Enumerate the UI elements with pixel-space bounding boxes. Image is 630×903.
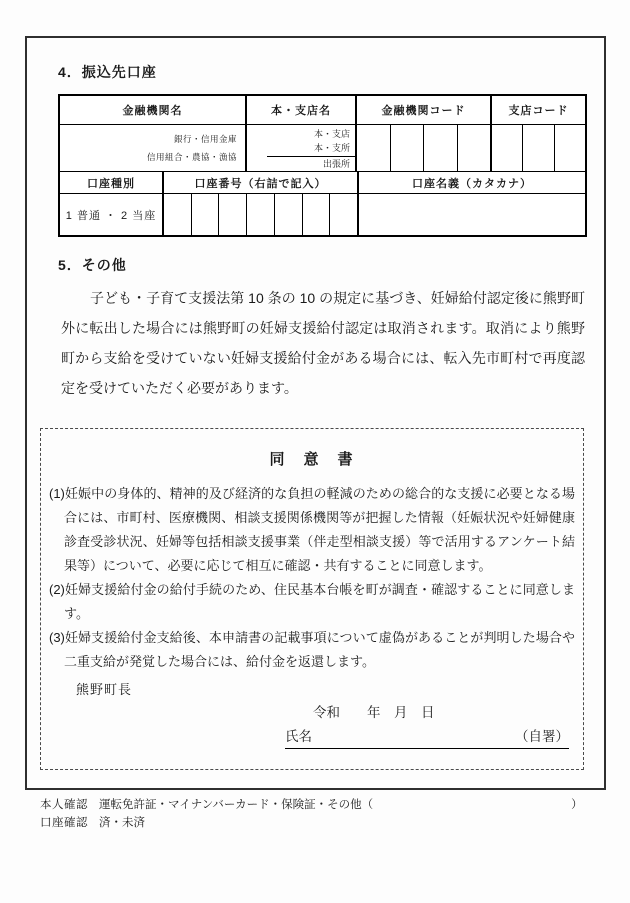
account-number-digit-cell[interactable] [302, 194, 330, 235]
signature-line[interactable]: 氏名 （自署） [285, 725, 569, 749]
consent-item-3-text: 妊婦支援給付金支給後、本申請書の記載事項について虚偽があることが判明した場合や二… [64, 630, 575, 669]
branch-type-honshisho: 本・支所 [267, 141, 355, 157]
mayor-label: 熊野町長 [76, 679, 132, 698]
col-header-branch-name: 本・支店名 [247, 96, 357, 124]
account-number-cells [164, 194, 359, 235]
col-header-account-number: 口座番号（右詰で記入） [164, 172, 359, 193]
table-header-row: 金融機関名 本・支店名 金融機関コード 支店コード [60, 96, 585, 125]
branch-code-cells [492, 125, 585, 171]
bank-type-labels: 銀行・信用金庫 信用組合・農協・漁協 [60, 125, 245, 171]
account-holder-input-cell[interactable] [359, 194, 585, 235]
consent-item-3: (3)妊婦支援給付金支給後、本申請書の記載事項について虚偽があることが判明した場… [49, 626, 575, 674]
col-header-account-holder: 口座名義（カタカナ） [359, 172, 585, 193]
section4-title: 4．振込先口座 [58, 62, 157, 82]
account-check-row: 口座確認 済・未済 [40, 815, 583, 833]
account-number-digit-cell[interactable] [164, 194, 191, 235]
bank-code-digit-cell[interactable] [357, 125, 390, 171]
consent-items: (1)妊娠中の身体的、精神的及び経済的な負担の軽減のための総合的な支援に必要とな… [49, 482, 575, 674]
col-header-account-type: 口座種別 [60, 172, 164, 193]
col-header-bank-code: 金融機関コード [357, 96, 492, 124]
account-number-digit-cell[interactable] [191, 194, 219, 235]
bank-type-label-1: 銀行・信用金庫 [174, 133, 237, 145]
col-header-bank-name: 金融機関名 [60, 96, 247, 124]
consent-item-2: (2)妊婦支援給付金の給付手続のため、住民基本台帳を町が調査・確認することに同意… [49, 578, 575, 626]
date-fill-line[interactable]: 令和 年 月 日 [313, 701, 435, 721]
consent-title: 同 意 書 [41, 448, 583, 469]
bank-code-cells [357, 125, 492, 171]
consent-item-3-marker: (3) [49, 630, 65, 645]
identity-check-label: 本人確認 [40, 797, 88, 815]
account-check-value: 済・未済 [99, 815, 145, 833]
account-number-digit-cell[interactable] [246, 194, 274, 235]
table-subheader-row: 口座種別 口座番号（右詰で記入） 口座名義（カタカナ） [60, 172, 585, 194]
table-entry-row-2: 1 普通 ・ 2 当座 [60, 194, 585, 235]
table-entry-row: 銀行・信用金庫 信用組合・農協・漁協 本・支店 本・支所 出張所 [60, 125, 585, 172]
consent-item-1: (1)妊娠中の身体的、精神的及び経済的な負担の軽減のための総合的な支援に必要とな… [49, 482, 575, 578]
consent-item-2-text: 妊婦支援給付金の給付手続のため、住民基本台帳を町が調査・確認することに同意します… [64, 582, 575, 621]
account-number-digit-cell[interactable] [274, 194, 302, 235]
branch-type-labels: 本・支店 本・支所 出張所 [267, 125, 355, 171]
bank-code-digit-cell[interactable] [423, 125, 457, 171]
consent-item-2-marker: (2) [49, 582, 65, 597]
consent-item-1-marker: (1) [49, 486, 65, 501]
section5-paragraph: 子ども・子育て支援法第 10 条の 10 の規定に基づき、妊婦給付認定後に熊野町… [61, 283, 585, 403]
bank-account-table: 金融機関名 本・支店名 金融機関コード 支店コード 銀行・信用金庫 信用組合・農… [58, 94, 587, 237]
branch-code-digit-cell[interactable] [492, 125, 522, 171]
account-number-digit-cell[interactable] [329, 194, 357, 235]
consent-form-box: 同 意 書 (1)妊娠中の身体的、精神的及び経済的な負担の軽減のための総合的な支… [40, 428, 584, 770]
account-type-select-cell[interactable]: 1 普通 ・ 2 当座 [60, 194, 164, 235]
identity-check-options: 運転免許証・マイナンバーカード・保険証・その他（） [99, 797, 583, 815]
account-check-label: 口座確認 [40, 815, 88, 833]
branch-name-input-cell[interactable]: 本・支店 本・支所 出張所 [247, 125, 357, 171]
identity-check-row: 本人確認 運転免許証・マイナンバーカード・保険証・その他（） [40, 797, 583, 815]
account-number-digit-cell[interactable] [218, 194, 246, 235]
name-label: 氏名 [285, 725, 312, 745]
bank-name-input-cell[interactable]: 銀行・信用金庫 信用組合・農協・漁協 [60, 125, 247, 171]
signature-note: （自署） [515, 725, 569, 745]
branch-type-honshiten: 本・支店 [267, 127, 355, 141]
application-form-page: 4．振込先口座 金融機関名 本・支店名 金融機関コード 支店コード 銀行・信用金… [0, 0, 630, 903]
section5-title: 5．その他 [58, 255, 127, 275]
office-check-notes: 本人確認 運転免許証・マイナンバーカード・保険証・その他（） 口座確認 済・未済 [40, 797, 583, 832]
branch-code-digit-cell[interactable] [554, 125, 585, 171]
branch-code-digit-cell[interactable] [522, 125, 553, 171]
consent-item-1-text: 妊娠中の身体的、精神的及び経済的な負担の軽減のための総合的な支援に必要となる場合… [64, 486, 575, 573]
bank-code-digit-cell[interactable] [457, 125, 491, 171]
branch-type-shutchojo: 出張所 [267, 157, 355, 171]
col-header-branch-code: 支店コード [492, 96, 585, 124]
bank-type-label-2: 信用組合・農協・漁協 [147, 151, 237, 163]
bank-code-digit-cell[interactable] [390, 125, 424, 171]
